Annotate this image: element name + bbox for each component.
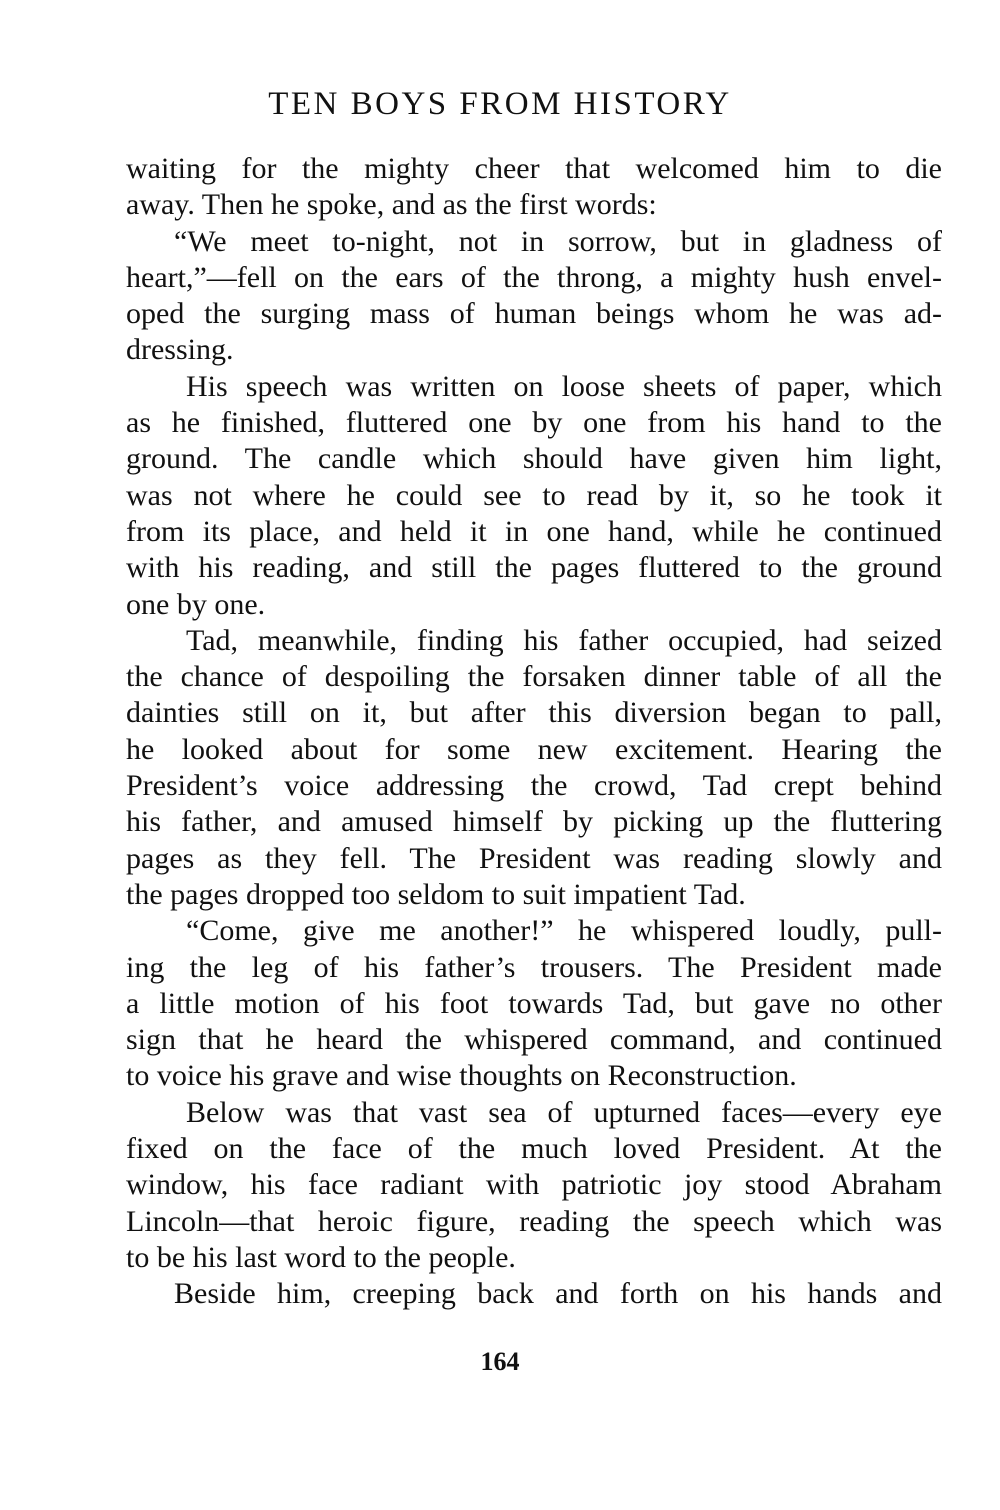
text-line: the pages dropped too seldom to suit imp… — [126, 877, 942, 913]
text-line: he looked about for some new excitement.… — [126, 732, 942, 768]
running-head: TEN BOYS FROM HISTORY — [0, 84, 1000, 124]
text-line: to be his last word to the people. — [126, 1240, 942, 1276]
text-line: dressing. — [126, 332, 942, 368]
text-line: ing the leg of his father’s trousers. Th… — [126, 950, 942, 986]
text-line: as he finished, fluttered one by one fro… — [126, 405, 942, 441]
page-number: 164 — [0, 1347, 1000, 1377]
text-line: the chance of despoiling the forsaken di… — [126, 659, 942, 695]
text-line: his father, and amused himself by pickin… — [126, 804, 942, 840]
text-line: “Come, give me another!” he whispered lo… — [126, 913, 942, 949]
text-line: one by one. — [126, 587, 942, 623]
text-line: His speech was written on loose sheets o… — [126, 369, 942, 405]
text-line: window, his face radiant with patriotic … — [126, 1167, 942, 1203]
text-line: from its place, and held it in one hand,… — [126, 514, 942, 550]
text-line: “We meet to-night, not in sorrow, but in… — [126, 224, 942, 260]
text-line: with his reading, and still the pages fl… — [126, 550, 942, 586]
text-line: to voice his grave and wise thoughts on … — [126, 1058, 942, 1094]
text-line: Beside him, creeping back and forth on h… — [126, 1276, 942, 1312]
text-line: pages as they fell. The President was re… — [126, 841, 942, 877]
text-line: ground. The candle which should have giv… — [126, 441, 942, 477]
text-line: dainties still on it, but after this div… — [126, 695, 942, 731]
text-line: away. Then he spoke, and as the first wo… — [126, 187, 942, 223]
text-line: heart,”—fell on the ears of the throng, … — [126, 260, 942, 296]
text-line: Below was that vast sea of upturned face… — [126, 1095, 942, 1131]
text-line: waiting for the mighty cheer that welcom… — [126, 151, 942, 187]
book-page: TEN BOYS FROM HISTORY waiting for the mi… — [0, 0, 1000, 1510]
body-text: waiting for the mighty cheer that welcom… — [126, 151, 942, 1313]
text-line: oped the surging mass of human beings wh… — [126, 296, 942, 332]
text-line: sign that he heard the whispered command… — [126, 1022, 942, 1058]
text-line: Lincoln—that heroic figure, reading the … — [126, 1204, 942, 1240]
text-line: a little motion of his foot towards Tad,… — [126, 986, 942, 1022]
text-line: President’s voice addressing the crowd, … — [126, 768, 942, 804]
text-line: fixed on the face of the much loved Pres… — [126, 1131, 942, 1167]
text-line: Tad, meanwhile, finding his father occup… — [126, 623, 942, 659]
text-line: was not where he could see to read by it… — [126, 478, 942, 514]
